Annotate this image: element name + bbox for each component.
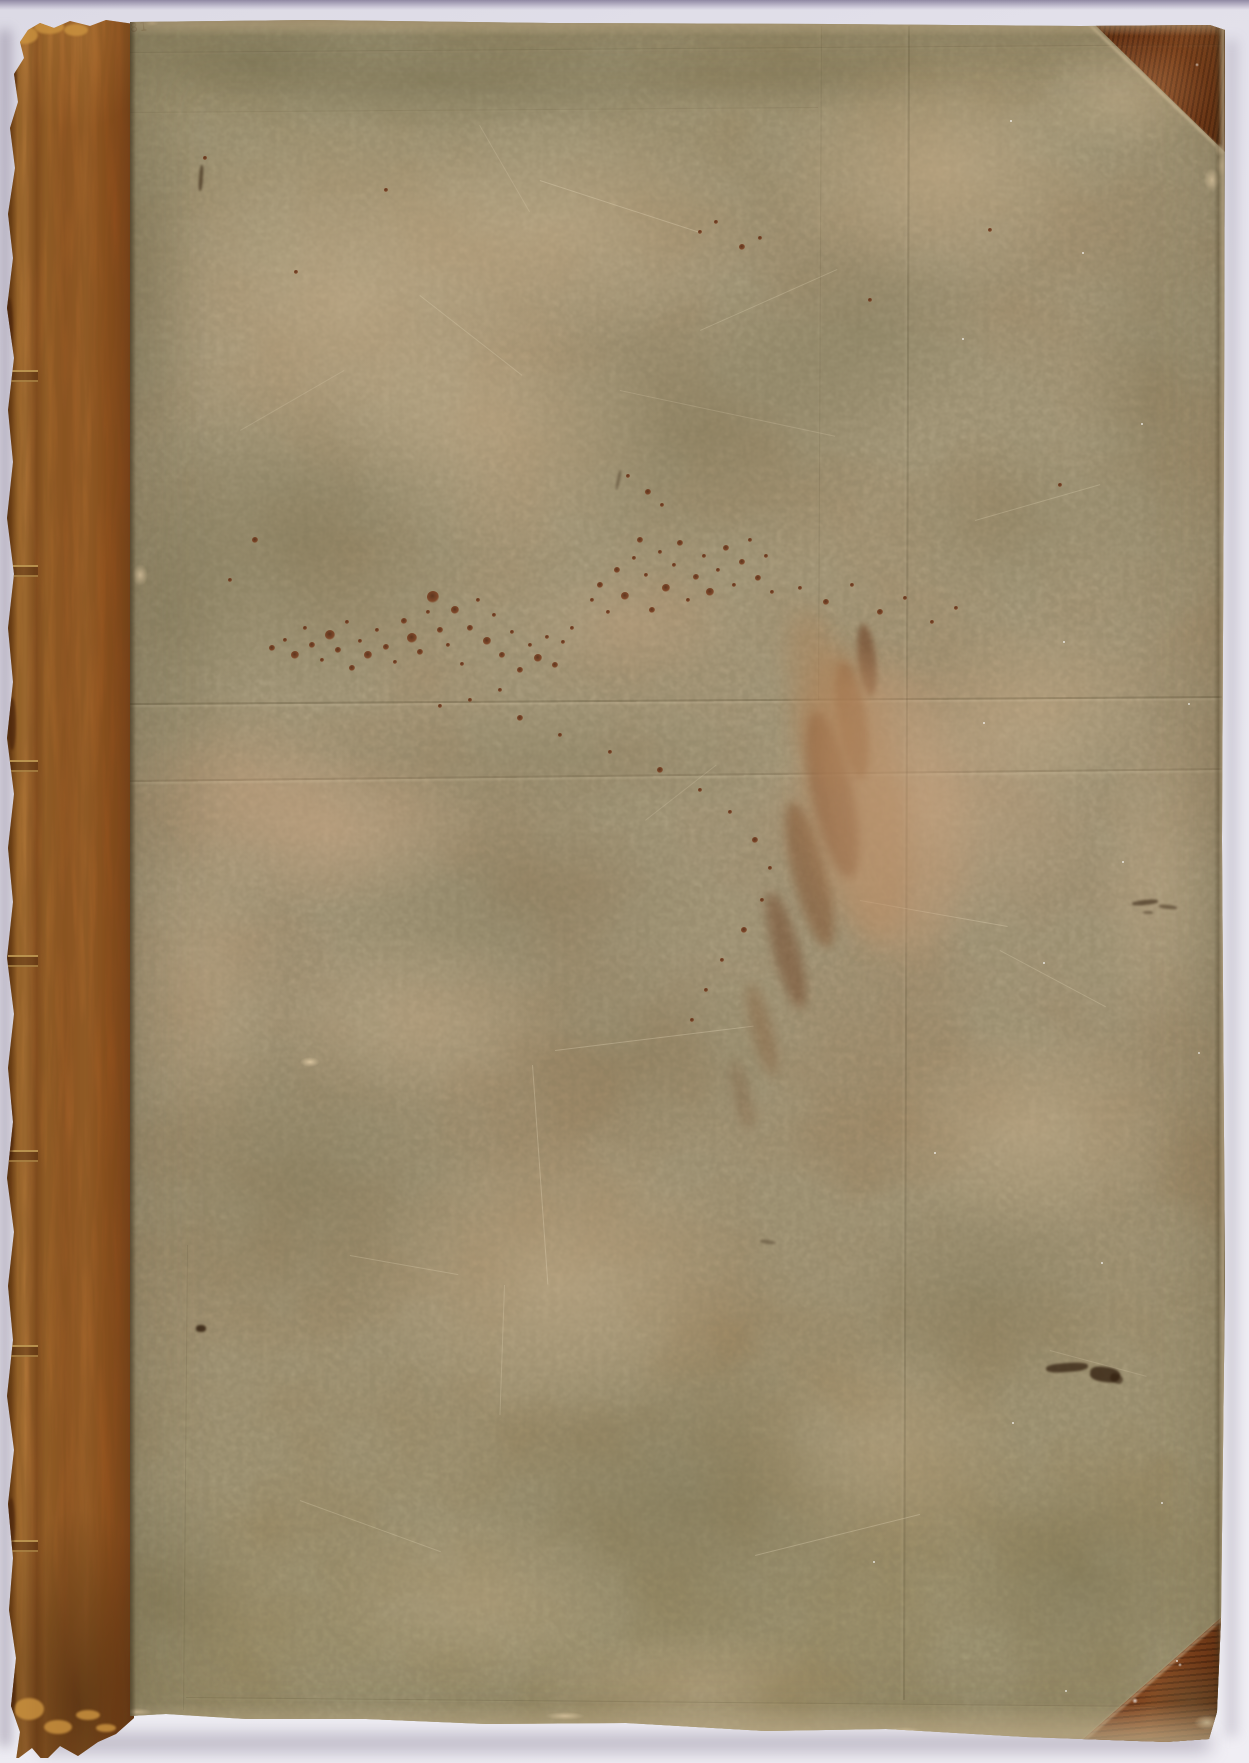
spine-torn-leather <box>64 24 88 36</box>
book-spine-leather <box>6 18 134 1758</box>
spine-torn-leather <box>14 1698 44 1720</box>
book-cover-board: 81 <box>130 20 1225 1744</box>
spine-torn-leather <box>44 1720 72 1734</box>
spine-raised-band <box>8 955 38 967</box>
spine-torn-leather <box>76 1710 100 1720</box>
book-shadow-left <box>0 30 10 1746</box>
spine-raised-band <box>8 1345 38 1357</box>
spine-raised-band <box>8 370 38 382</box>
book-shadow-bottom <box>40 1736 1210 1750</box>
book-shadow-right <box>1227 40 1236 1736</box>
board-vignette <box>130 20 1225 1744</box>
spine-raised-band <box>8 760 38 772</box>
spine-torn-leather <box>96 1724 116 1732</box>
backdrop-top-strip <box>0 0 1249 10</box>
spine-decor <box>6 18 134 1758</box>
